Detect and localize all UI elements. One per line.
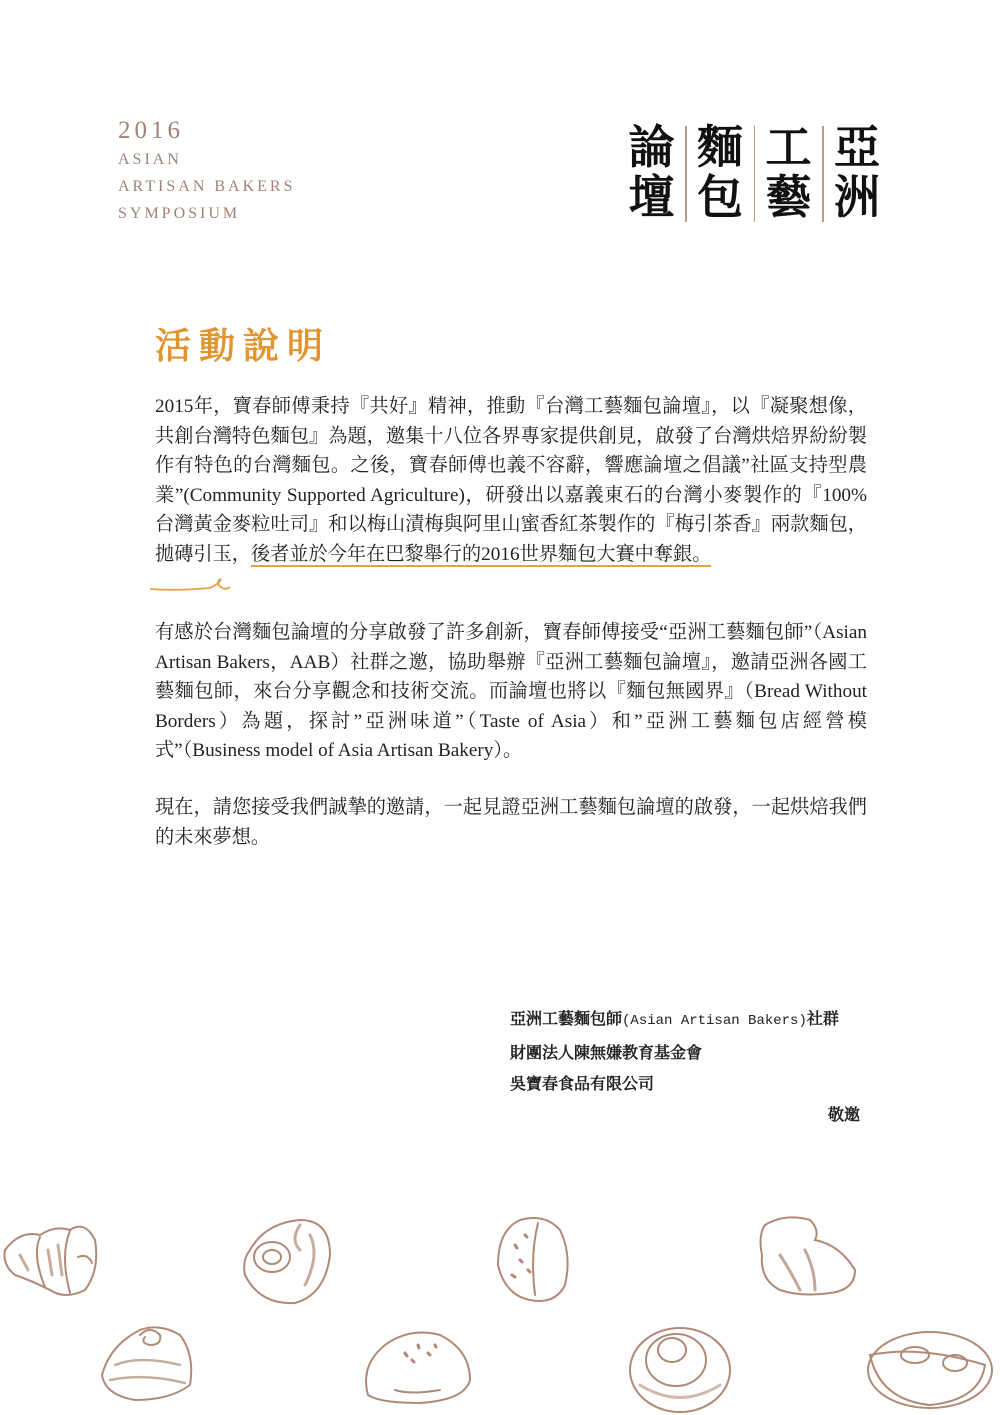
logo-char: 論 <box>629 122 675 172</box>
logo-char: 藝 <box>766 172 812 222</box>
bread-illustrations <box>0 1195 1000 1415</box>
spiral-bun-sketch-icon <box>102 1327 191 1400</box>
paragraph-1-text: 2015年，寶春師傅秉持『共好』精神，推動『台灣工藝麵包論壇』，以『凝聚想像，共… <box>155 396 867 565</box>
signature-org-1: 亞洲工藝麵包師(Asian Artisan Bakers)社群 <box>510 1003 860 1037</box>
signature-block: 亞洲工藝麵包師(Asian Artisan Bakers)社群 財團法人陳無嫌教… <box>510 1003 860 1130</box>
signature-org-2: 財團法人陳無嫌教育基金會 <box>510 1037 860 1068</box>
paragraph-2: 有感於台灣麵包論壇的分享啟發了許多創新，寶春師傅接受“亞洲工藝麵包師”（Asia… <box>155 618 867 766</box>
brand-line-2: ARTISAN BAKERS <box>118 173 296 200</box>
org-1-en: (Asian Artisan Bakers) <box>622 1013 807 1029</box>
org-1-suffix: 社群 <box>807 1009 839 1028</box>
brand-english-block: 2016 ASIAN ARTISAN BAKERS SYMPOSIUM <box>118 116 296 227</box>
filled-bread-sketch-icon <box>868 1332 992 1408</box>
sesame-bun-sketch-icon <box>366 1333 470 1403</box>
org-1-cn: 亞洲工藝麵包師 <box>510 1009 622 1028</box>
croissant-roll-sketch-icon <box>761 1217 855 1294</box>
brand-line-3: SYMPOSIUM <box>118 200 296 227</box>
paragraph-1-highlight: 後者並於今年在巴黎舉行的2016世界麵包大賽中奪銀。 <box>251 544 712 567</box>
logo-char: 麵 <box>697 122 743 172</box>
logo-char: 工 <box>766 122 812 172</box>
logo-char: 洲 <box>834 172 880 222</box>
swirl-roll-sketch-icon <box>630 1328 730 1412</box>
logo-char: 包 <box>697 172 743 222</box>
logo-char: 壇 <box>629 172 675 222</box>
logo-column-4: 亞 洲 <box>824 122 891 222</box>
brand-year: 2016 <box>118 116 296 146</box>
logo-char: 亞 <box>834 122 880 172</box>
brand-line-1: ASIAN <box>118 146 296 173</box>
signature-org-3: 吳寶春食品有限公司 <box>510 1068 860 1099</box>
logo-column-2: 麵 包 <box>687 122 754 222</box>
brand-chinese-logo: 論 壇 麵 包 工 藝 亞 洲 <box>618 122 891 222</box>
croissant-sketch-icon <box>4 1227 96 1295</box>
sliced-loaf-sketch-icon <box>498 1218 568 1301</box>
paragraph-3: 現在，請您接受我們誠摯的邀請，一起見證亞洲工藝麵包論壇的啟發，一起烘焙我們的未來… <box>155 793 867 852</box>
stuffed-bun-sketch-icon <box>244 1220 330 1303</box>
underline-flourish-icon <box>148 572 238 594</box>
paragraph-1: 2015年，寶春師傅秉持『共好』精神，推動『台灣工藝麵包論壇』，以『凝聚想像，共… <box>155 392 867 570</box>
section-title: 活動說明 <box>155 318 331 369</box>
logo-column-1: 論 壇 <box>618 122 685 222</box>
signature-closing: 敬邀 <box>510 1099 860 1130</box>
logo-column-3: 工 藝 <box>755 122 822 222</box>
